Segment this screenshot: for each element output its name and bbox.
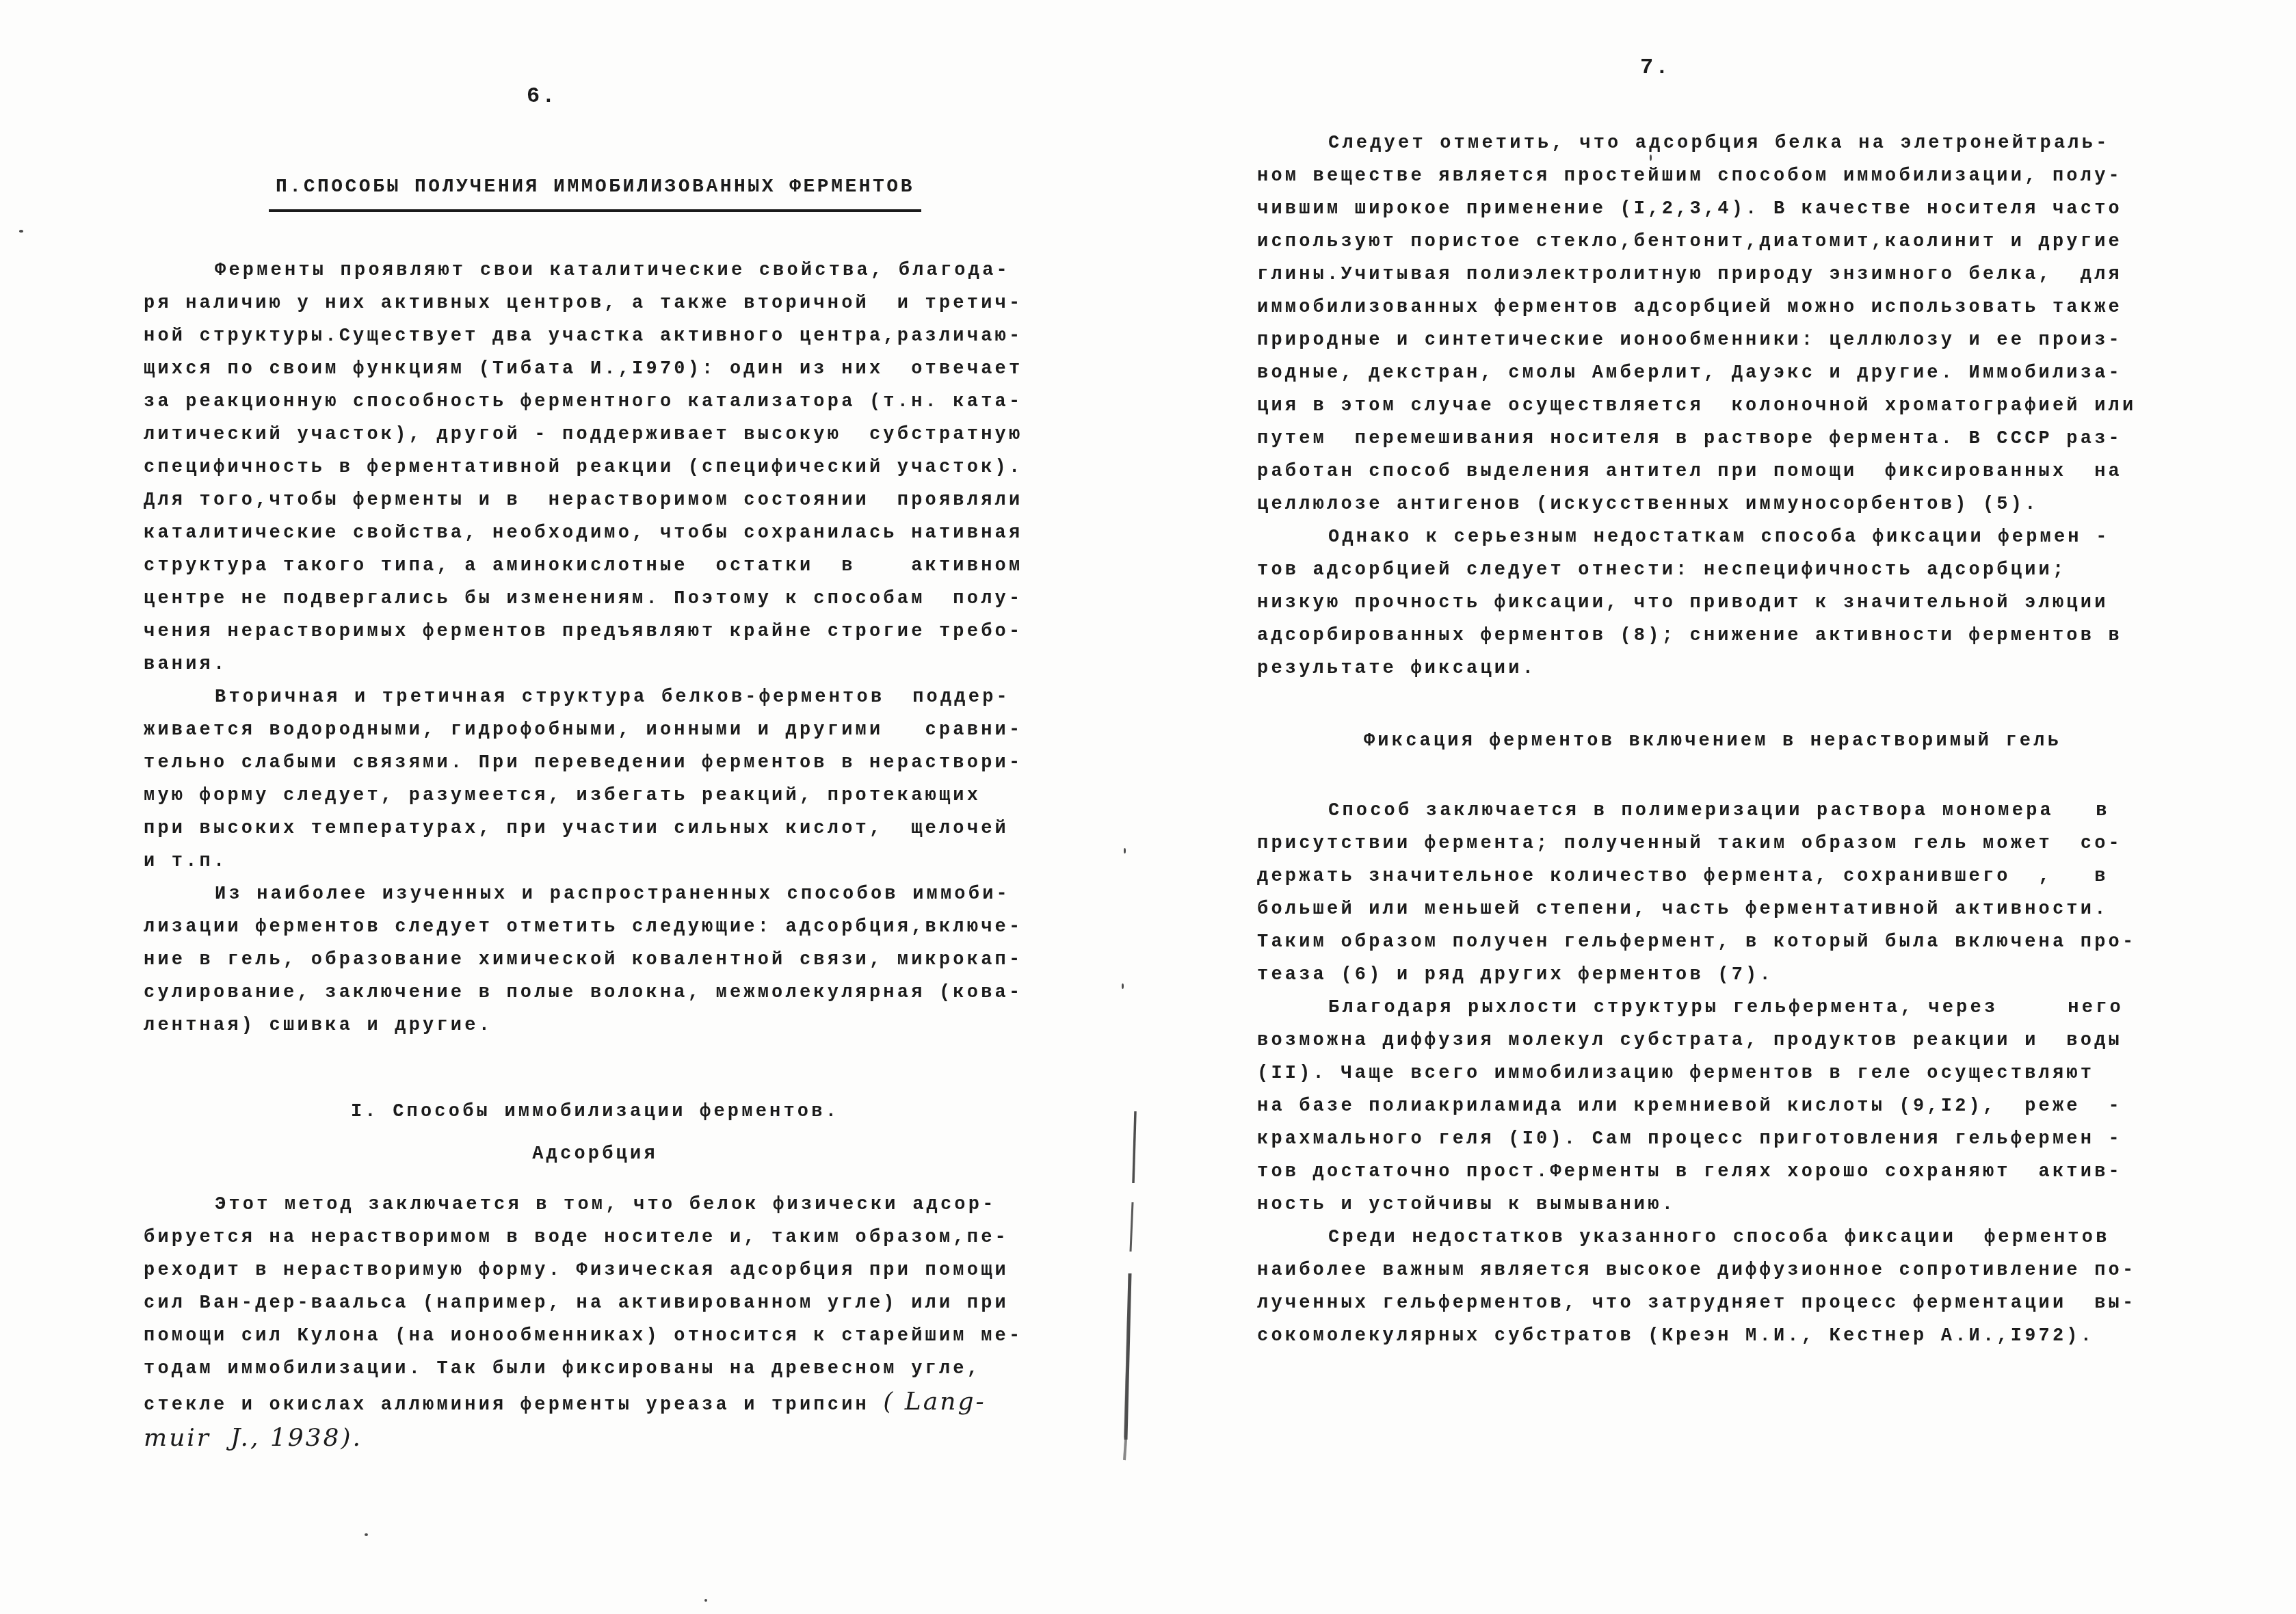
scan-speck — [1122, 983, 1124, 989]
paragraph: Следует отметить, что адсорбция белка на… — [1257, 127, 2168, 521]
scan-speck — [704, 1599, 707, 1602]
paragraph: Этот метод заключается в том, что белок … — [144, 1189, 1046, 1458]
scan-speck — [1650, 155, 1652, 161]
gutter-fold-line — [1094, 1087, 1176, 1614]
paragraph: Благодаря рыхлости структуры гельфермент… — [1257, 992, 2168, 1221]
paragraph: Однако к серьезным недостаткам способа ф… — [1257, 521, 2168, 685]
right-page: Следует отметить, что адсорбция белка на… — [1257, 127, 2168, 1353]
left-page-number: 6. — [527, 83, 557, 109]
paragraph: Вторичная и третичная структура белков-ф… — [144, 681, 1046, 878]
section-heading: I. Способы иммобилизации ферментов. — [144, 1096, 1046, 1128]
scan-speck — [19, 230, 23, 233]
paragraph-text: Этот метод заключается в том, что белок … — [144, 1195, 1022, 1416]
book-spread: 6. 7. П.СПОСОБЫ ПОЛУЧЕНИЯ ИММОБИЛИЗОВАНН… — [0, 0, 2296, 1614]
paragraph: Из наиболее изученных и распространенных… — [144, 878, 1046, 1042]
paragraph: Способ заключается в полимеризации раств… — [1257, 795, 2168, 992]
right-page-number: 7. — [1640, 55, 1670, 80]
scan-speck — [365, 1533, 368, 1536]
chapter-title-row: П.СПОСОБЫ ПОЛУЧЕНИЯ ИММОБИЛИЗОВАННЫХ ФЕР… — [144, 171, 1046, 212]
left-page: П.СПОСОБЫ ПОЛУЧЕНИЯ ИММОБИЛИЗОВАННЫХ ФЕР… — [144, 171, 1046, 1458]
scan-speck — [1124, 848, 1126, 854]
chapter-title: П.СПОСОБЫ ПОЛУЧЕНИЯ ИММОБИЛИЗОВАННЫХ ФЕР… — [269, 171, 921, 212]
paragraph: Ферменты проявляют свои каталитические с… — [144, 254, 1046, 681]
paragraph: Среди недостатков указанного способа фик… — [1257, 1221, 2168, 1353]
gel-section-heading: Фиксация ферментов включением в нераство… — [1257, 725, 2168, 758]
subsection-heading: Адсорбция — [144, 1138, 1046, 1171]
